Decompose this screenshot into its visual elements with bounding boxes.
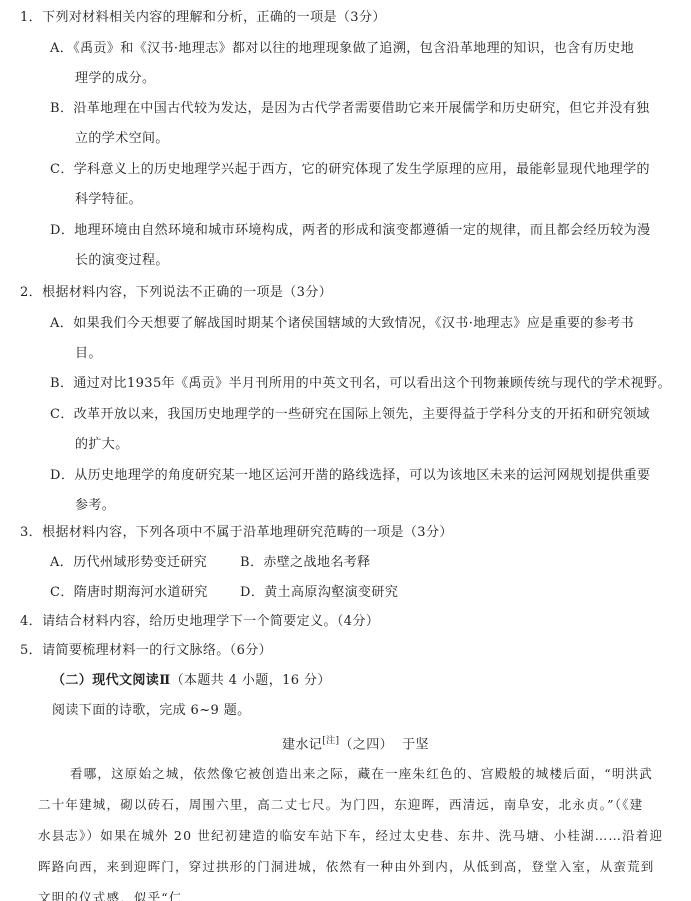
q2-option-a-cont: 目。 [75,346,102,362]
q1-option-c: C．学科意义上的历史地理学兴起于西方，它的研究体现了发生学原理的应用，最能彰显现… [50,162,650,178]
q2-option-d: D．从历史地理学的角度研究某一地区运河开凿的路线选择，可以为该地区未来的运河网规… [50,468,650,484]
section-instruction: 阅读下面的诗歌，完成 6~9 题。 [52,703,251,719]
poem-line: 水县志》）如果在城外 20 世纪初建造的临安车站下车，经过太史巷、东井、洗马塘、… [38,828,658,844]
question-5-stem: 5．请简要梳理材料一的行文脉络。（6分） [20,643,272,659]
question-3-stem: 3．根据材料内容，下列各项中不属于沿革地理研究范畴的一项是（3分） [20,525,453,541]
poem-line: 看哪，这原始之城，依然像它被创造出来之际，藏在一座朱红色的、宫殿般的城楼后面，“… [70,766,690,782]
poem-title-text: 建水记 [282,737,322,752]
q1-option-d-cont: 长的演变过程。 [75,253,169,269]
question-2-stem: 2．根据材料内容，下列说法不正确的一项是（3分） [20,285,332,301]
q1-option-b-cont: 立的学术空间。 [75,131,169,147]
poem-line: 二十年建城，砌以砖石，周围六里，高二丈七尺。为门四，东迎晖，西清远，南阜安，北永… [38,797,658,813]
poem-note-marker: [注] [322,736,339,746]
poem-author: 于坚 [402,737,429,752]
question-1-stem: 1．下列对材料相关内容的理解和分析，正确的一项是（3分） [20,10,386,26]
q1-option-a: A．《禹贡》和《汉书·地理志》都对以往的地理现象做了追溯，包含沿革地理的知识，也… [50,41,634,57]
q2-option-a: A．如果我们今天想要了解战国时期某个诸侯国辖域的大致情况，《汉书·地理志》应是重… [50,316,634,332]
q3-option-b: B．赤壁之战地名考释 [240,555,371,571]
q1-option-b: B．沿革地理在中国古代较为发达，是因为古代学者需要借助它来开展儒学和历史研究，但… [50,101,650,117]
poem-line: 文明的仪式感，似乎“仁 [38,890,658,901]
q3-option-c: C．隋唐时期海河水道研究 [50,585,208,601]
q2-option-c: C．改革开放以来，我国历史地理学的一些研究在国际上领先，主要得益于学科分支的开拓… [50,407,650,423]
section-heading-bold: （二）现代文阅读Ⅱ [52,673,171,688]
q2-option-d-cont: 参考。 [75,498,115,514]
q1-option-d: D．地理环境由自然环境和城市环境构成，两者的形成和演变都遵循一定的规律，而且都会… [50,223,650,239]
poem-subtitle: （之四） [339,737,393,752]
section-heading-rest: （本题共 4 小题，16 分） [171,673,331,688]
q2-option-c-cont: 的扩大。 [75,437,129,453]
section-heading: （二）现代文阅读Ⅱ（本题共 4 小题，16 分） [52,673,331,689]
poem-title: 建水记[注]（之四） 于坚 [282,733,429,753]
q1-option-c-cont: 科学特征。 [75,192,142,208]
q3-option-a: A．历代州域形势变迁研究 [50,555,207,571]
q2-option-b: B．通过对比1935年《禹贡》半月刊所用的中英文刊名，可以看出这个刊物兼顾传统与… [50,376,671,392]
question-4-stem: 4．请结合材料内容，给历史地理学下一个简要定义。（4分） [20,614,379,630]
q1-option-a-cont: 理学的成分。 [75,71,155,87]
q3-option-d: D．黄土高原沟壑演变研究 [240,585,398,601]
poem-line: 晖路向西，来到迎晖门，穿过拱形的门洞进城，依然有一种由外到内，从低到高，登堂入室… [38,859,658,875]
